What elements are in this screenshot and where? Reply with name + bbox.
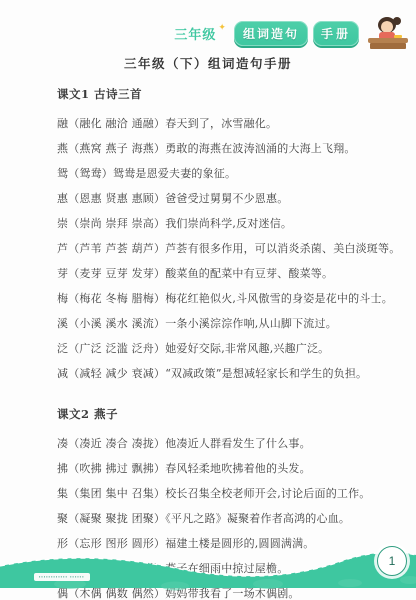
entry-line: 惠（恩惠 贤惠 惠顾）爸爸受过舅舅不少恩惠。 [57,186,394,211]
entry-line: 聚（凝聚 聚拢 团聚）《平凡之路》凝聚着作者高鸿的心血。 [57,506,394,531]
student-mascot-illustration [364,15,410,56]
page-title: 三年级（下）组词造句手册 [0,54,416,72]
page: 三年级 ✦ 组词造句 手册 三年级（下）组词造句手册 课文1 古诗三首融（融化 … [0,0,416,600]
entry-line: 溪（小溪 溪水 溪流）一条小溪淙淙作响,从山脚下流过。 [57,311,394,336]
entry-line: 崇（崇尚 崇拜 崇高）我们崇尚科学,反对迷信。 [57,211,394,236]
section-heading: 课文1 古诗三首 [57,82,394,107]
section-heading: 课文2 燕子 [57,402,394,427]
page-number-badge: 1 [377,546,407,576]
entry-line: 燕（燕窝 燕子 海燕）勇敢的海燕在波涛汹涌的大海上飞翔。 [57,136,394,161]
page-header: 三年级 ✦ 组词造句 手册 [174,13,410,54]
series-badge: 组词造句 [234,21,308,46]
footer-watermark: ▪▪▪▪▪▪▪▪▪▪▪▪ ▪▪▪▪▪▪ [34,573,90,581]
entry-line: 拂（吹拂 拂过 飘拂）春风轻柔地吹拂着他的头发。 [57,456,394,481]
entry-line: 芽（麦芽 豆芽 发芽）酸菜鱼的配菜中有豆芽、酸菜等。 [57,261,394,286]
lesson-section: 课文1 古诗三首融（融化 融洽 通融）春天到了，冰雪融化。燕（燕窝 燕子 海燕）… [57,82,394,386]
sparkle-icon: ✦ [218,22,226,33]
entry-line: 梅（梅花 冬梅 腊梅）梅花红艳似火,斗风傲雪的身姿是花中的斗士。 [57,286,394,311]
page-footer: ▪▪▪▪▪▪▪▪▪▪▪▪ ▪▪▪▪▪▪ 1 [0,542,416,600]
entry-line: 减（减轻 减少 衰减）“双减政策”是想减轻家长和学生的负担。 [57,361,394,386]
footer-wave-graphic [0,542,416,600]
entry-line: 融（融化 融洽 通融）春天到了，冰雪融化。 [57,111,394,136]
entry-line: 鸳（鸳鸯）鸳鸯是恩爱夫妻的象征。 [57,161,394,186]
entry-line: 集（集团 集中 召集）校长召集全校老师开会,讨论后面的工作。 [57,481,394,506]
entry-line: 泛（广泛 泛滥 泛舟）她爱好交际,非常风趣,兴趣广泛。 [57,336,394,361]
content-area: 课文1 古诗三首融（融化 融洽 通融）春天到了，冰雪融化。燕（燕窝 燕子 海燕）… [57,82,394,600]
entry-line: 凑（凑近 凑合 凑拢）他凑近人群看发生了什么事。 [57,431,394,456]
grade-label: 三年级 [174,24,216,43]
handbook-badge: 手册 [313,21,359,46]
entry-line: 芦（芦苇 芦荟 葫芦）芦荟有很多作用，可以消炎杀菌、美白淡斑等。 [57,236,394,261]
